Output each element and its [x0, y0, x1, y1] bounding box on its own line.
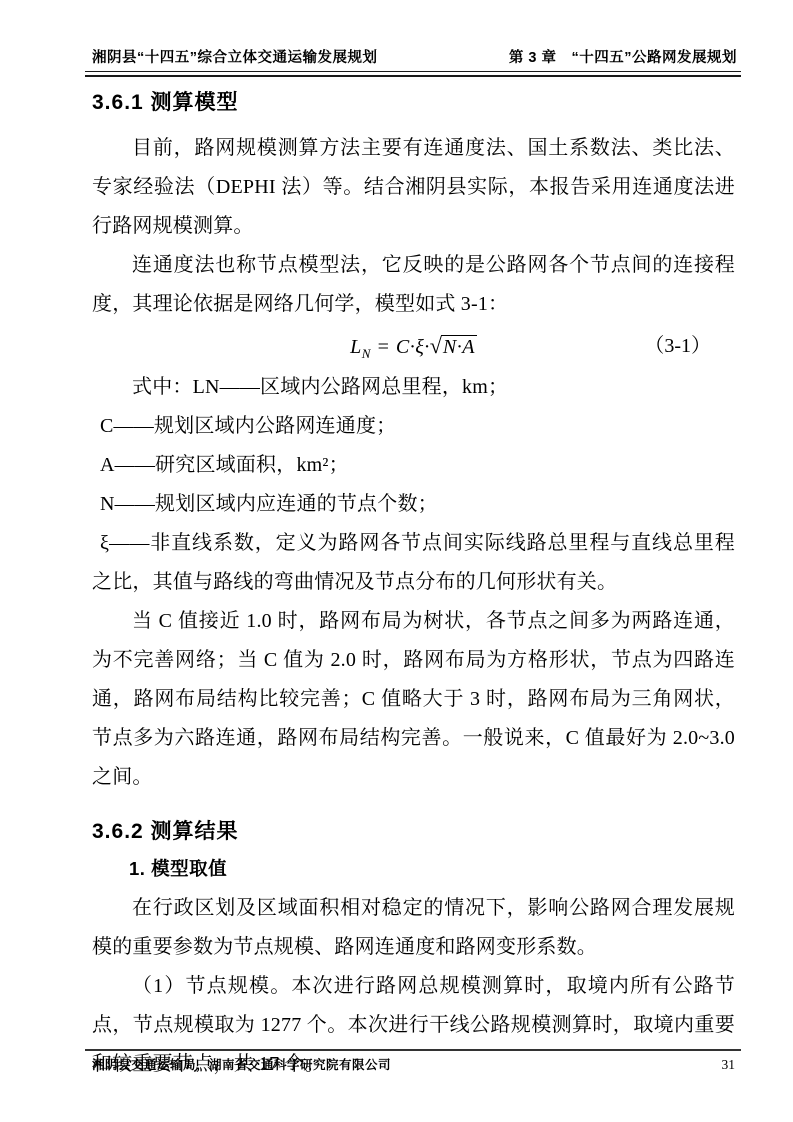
header-right-title: 第 3 章 “十四五”公路网发展规划: [509, 46, 737, 67]
paragraph-model-params: 在行政区划及区域面积相对稳定的情况下，影响公路网合理发展规模的重要参数为节点规模…: [92, 889, 735, 967]
paragraph-method-overview: 目前，路网规模测算方法主要有连通度法、国土系数法、类比法、专家经验法（DEPHI…: [92, 129, 735, 246]
formula-lhs-subscript: N: [362, 346, 371, 361]
definition-c: C——规划区域内公路网连通度；: [92, 407, 735, 446]
page-header: 湘阴县“十四五”综合立体交通运输发展规划 第 3 章 “十四五”公路网发展规划: [92, 46, 737, 67]
subheading-model-values: 1. 模型取值: [92, 855, 735, 881]
paragraph-connectivity-intro: 连通度法也称节点模型法，它反映的是公路网各个节点间的连接程度，其理论依据是网络几…: [92, 246, 735, 324]
section-heading-3-6-1: 3.6.1 测算模型: [92, 86, 735, 116]
definition-ln: 式中：LN——区域内公路网总里程，km；: [92, 368, 735, 407]
paragraph-c-value: 当 C 值接近 1.0 时，路网布局为树状，各节点之间多为两路连通，为不完善网络…: [92, 602, 735, 797]
header-left-title: 湘阴县“十四五”综合立体交通运输发展规划: [92, 46, 378, 67]
formula-number: （3-1）: [644, 325, 711, 367]
page-footer: 湘阴县交通运输局，湖南省交通科学研究院有限公司 31: [92, 1055, 735, 1073]
formula-mid: = C·ξ·: [371, 336, 430, 358]
definition-n: N——规划区域内应连通的节点个数；: [92, 485, 735, 524]
formula-row: LN = C·ξ·√N·A （3-1）: [92, 325, 735, 367]
definition-xi: ξ——非直线系数，定义为路网各节点间实际线路总里程与直线总里程之比，其值与路线的…: [92, 524, 735, 602]
formula-lhs: L: [350, 336, 362, 358]
footer-divider: [85, 1049, 741, 1051]
header-divider: [85, 71, 741, 77]
section-heading-3-6-2: 3.6.2 测算结果: [92, 815, 735, 845]
formula-3-1: LN = C·ξ·√N·A: [350, 336, 477, 358]
definition-a: A——研究区域面积，km²；: [92, 446, 735, 485]
footer-organization: 湘阴县交通运输局，湖南省交通科学研究院有限公司: [92, 1055, 391, 1073]
document-page: 湘阴县“十四五”综合立体交通运输发展规划 第 3 章 “十四五”公路网发展规划 …: [0, 0, 793, 1122]
document-body: 3.6.1 测算模型 目前，路网规模测算方法主要有连通度法、国土系数法、类比法、…: [92, 86, 735, 1084]
formula-radicand: N·A: [441, 335, 477, 358]
page-number: 31: [722, 1057, 736, 1073]
